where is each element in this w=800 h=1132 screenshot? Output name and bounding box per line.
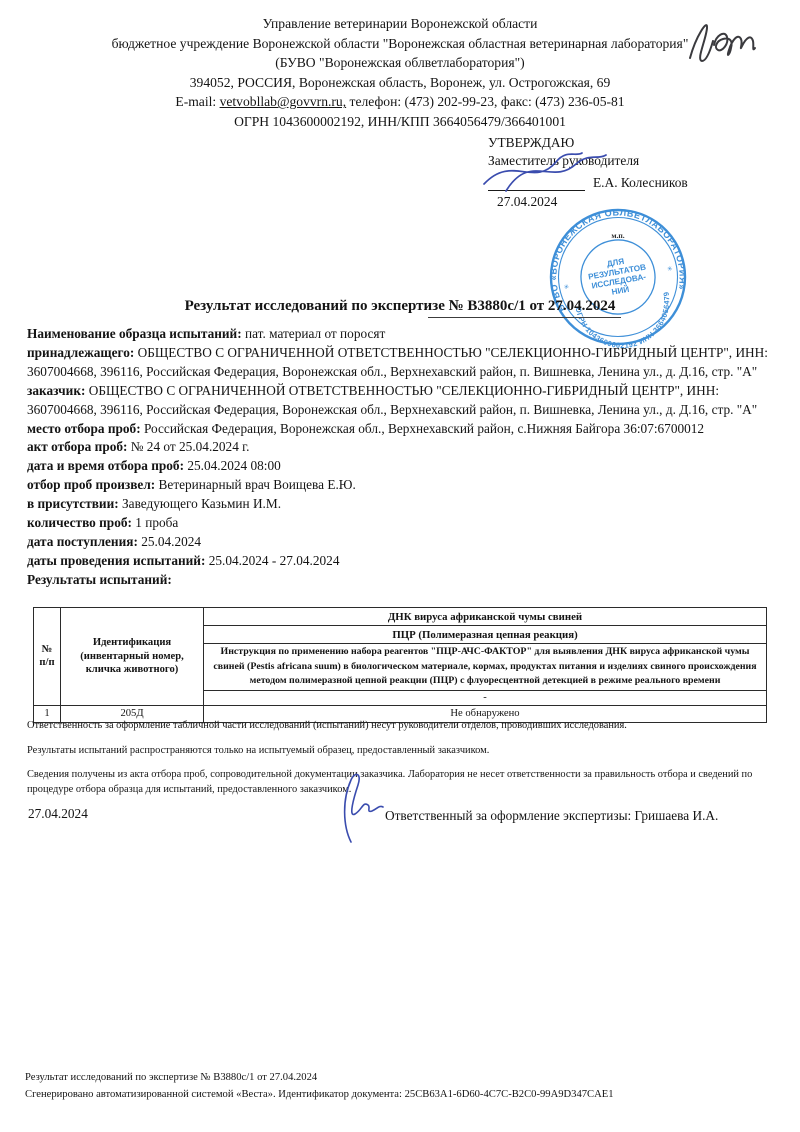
table-header-dash: - <box>204 690 767 705</box>
stamp-center-line1: ДЛЯ <box>606 257 625 269</box>
table-header-method-detail: Инструкция по применению набора реагенто… <box>204 644 767 691</box>
approval-block: УТВЕРЖДАЮ Заместитель руководителя Е.А. … <box>488 134 768 210</box>
stamp-star-right-icon: ✳ <box>666 264 673 273</box>
results-section-label: Результаты испытаний: <box>27 571 775 590</box>
signoff-date: 27.04.2024 <box>28 806 88 822</box>
org-name-line2: бюджетное учреждение Воронежской области… <box>0 34 800 54</box>
field-testing-dates: даты проведения испытаний: 25.04.2024 - … <box>27 552 775 571</box>
field-witness: в присутствии: Заведующего Казьмин И.М. <box>27 495 775 514</box>
table-header-method: ПЦР (Полимеразная цепная реакция) <box>204 626 767 644</box>
org-address: 394052, РОССИЯ, Воронежская область, Вор… <box>0 73 800 93</box>
table-header-identification: Идентификация (инвентарный номер, кличка… <box>61 608 204 706</box>
note-sampling-info: Сведения получены из акта отбора проб, с… <box>27 768 777 797</box>
field-customer: заказчик: ОБЩЕСТВО С ОГРАНИЧЕННОЙ ОТВЕТС… <box>27 382 775 420</box>
phone-fax: телефон: (473) 202-99-23, факс: (473) 23… <box>350 94 625 109</box>
document-title: Результат исследований по экспертизе № В… <box>0 298 800 315</box>
results-table: № п/п Идентификация (инвентарный номер, … <box>33 607 767 723</box>
note-scope: Результаты испытаний распространяются то… <box>27 744 777 759</box>
field-sampling-act: акт отбора проб: № 24 от 25.04.2024 г. <box>27 438 775 457</box>
field-receipt-date: дата поступления: 25.04.2024 <box>27 533 775 552</box>
stamp-center-line3: ИССЛЕДОВА- <box>591 272 647 290</box>
stamp-center-line2: РЕЗУЛЬТАТОВ <box>588 263 647 282</box>
title-underline <box>428 317 621 318</box>
org-ogrn-inn: ОГРН 1043600002192, ИНН/КПП 3664056479/3… <box>0 112 800 132</box>
note-responsibility: Ответственность за оформление табличной … <box>27 719 777 734</box>
field-owner: принадлежащего: ОБЩЕСТВО С ОГРАНИЧЕННОЙ … <box>27 344 775 382</box>
document-page: Управление ветеринарии Воронежской облас… <box>0 0 800 1132</box>
org-header: Управление ветеринарии Воронежской облас… <box>0 14 800 132</box>
sample-info: Наименование образца испытаний: пат. мат… <box>27 325 775 590</box>
footer-expertise-ref: Результат исследований по экспертизе № В… <box>25 1070 785 1087</box>
stamp-place-mark: м.п. <box>611 231 624 240</box>
page-footer: Результат исследований по экспертизе № В… <box>25 1070 785 1103</box>
approve-word: УТВЕРЖДАЮ <box>488 134 768 152</box>
org-name-line3: (БУВО "Воронежская облветлаборатория") <box>0 53 800 73</box>
footer-generated-by: Сгенерировано автоматизированной системо… <box>25 1087 785 1104</box>
org-contacts: E-mail: vetvobllab@govvrn.ru, телефон: (… <box>0 92 800 112</box>
table-header-test-name: ДНК вируса африканской чумы свиней <box>204 608 767 626</box>
signature-line <box>488 178 585 191</box>
email-link[interactable]: vetvobllab@govvrn.ru, <box>220 94 347 109</box>
field-sample-count: количество проб: 1 проба <box>27 514 775 533</box>
approver-position: Заместитель руководителя <box>488 152 768 170</box>
disclaimer-notes: Ответственность за оформление табличной … <box>27 719 777 807</box>
org-name-line1: Управление ветеринарии Воронежской облас… <box>0 14 800 34</box>
field-sample-name: Наименование образца испытаний: пат. мат… <box>27 325 775 344</box>
stamp-center-line4: НИЙ <box>611 283 630 297</box>
approval-date: 27.04.2024 <box>488 194 768 210</box>
field-sampling-place: место отбора проб: Российская Федерация,… <box>27 420 775 439</box>
table-header-number: № п/п <box>34 608 61 706</box>
stamp-star-left-icon: ✳ <box>563 283 570 292</box>
field-sampled-by: отбор проб произвел: Ветеринарный врач В… <box>27 476 775 495</box>
email-label: E-mail: <box>175 94 216 109</box>
approver-name: Е.А. Колесников <box>593 175 688 191</box>
signoff-label: Ответственный за оформление экспертизы: … <box>385 808 718 824</box>
field-sampling-datetime: дата и время отбора проб: 25.04.2024 08:… <box>27 457 775 476</box>
